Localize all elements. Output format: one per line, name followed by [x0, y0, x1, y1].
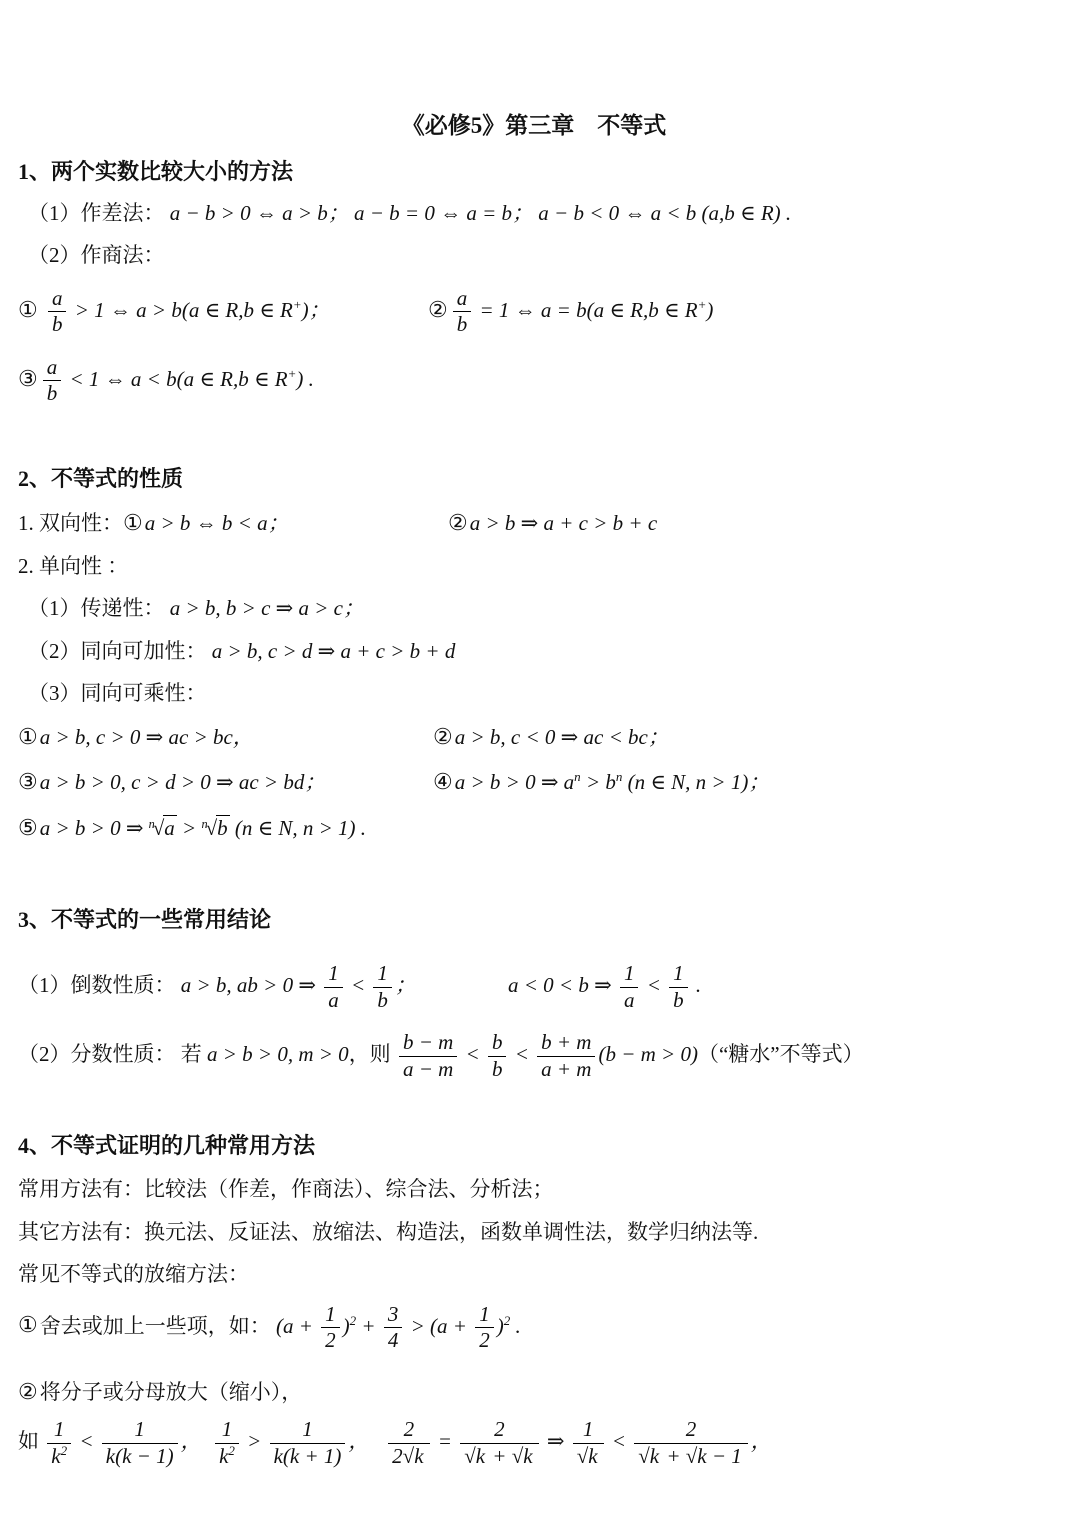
plain-text: （2）作商法： [28, 243, 165, 267]
math-text: a > b, c > d ⇒ a + c > b + d [207, 639, 456, 663]
formula-row-multiply-1-2: ①a > b, c > 0 ⇒ ac > bc， ②a > b, c < 0 ⇒… [18, 721, 1050, 753]
math-text: ， [751, 1429, 772, 1453]
radical-sign-icon: √ [577, 1444, 588, 1468]
math-text: < 1 ⇔ a < b(a ∈ R,b ∈ R [64, 367, 287, 391]
denominator: 4 [384, 1327, 403, 1354]
fraction: 2√k + √k [460, 1417, 538, 1469]
formula-line-quotient-method-label: （2）作商法： [18, 240, 1050, 270]
formula-row-multiply-3-4: ③a > b > 0, c > d > 0 ⇒ ac > bd； ④a > b … [18, 766, 1050, 798]
section-comparison-methods: 1、两个实数比较大小的方法 （1）作差法： a − b > 0 ⇔ a > b；… [18, 158, 1050, 421]
numerator: 1 [270, 1417, 346, 1443]
math-text: a > b, ab > 0 ⇒ [176, 973, 322, 997]
numerator: 1 [620, 961, 639, 987]
math-text: a > b > 0, c > d > 0 ⇒ ac > bd； [40, 770, 326, 794]
math-text: a > b > 0 ⇒ [40, 816, 149, 840]
formula-row-reciprocal: （1）倒数性质： a > b, ab > 0 ⇒ 1a < 1b； a < 0 … [18, 954, 1050, 1020]
math-text: a [457, 286, 468, 310]
formula-bidirectional-2: ②a > b ⇒ a + c > b + c [448, 507, 657, 539]
math-text: k [523, 1444, 532, 1468]
square-root: √k [638, 1443, 661, 1468]
square-root: √k [577, 1443, 600, 1468]
fraction: 1b [669, 961, 688, 1013]
plain-text: 常用方法有：比较法（作差，作商法）、综合法、分析法； [18, 1177, 554, 1201]
section-common-conclusions: 3、不等式的一些常用结论 （1）倒数性质： a > b, ab > 0 ⇒ 1a… [18, 906, 1050, 1096]
formula-reciprocal-1: （1）倒数性质： a > b, ab > 0 ⇒ 1a < 1b； [18, 961, 508, 1013]
math-text: b [492, 1030, 503, 1054]
math-text: ) [343, 1313, 350, 1337]
math-text: + [487, 1444, 512, 1468]
circled-number: ② [428, 297, 450, 322]
radical-sign-icon: √ [512, 1444, 523, 1468]
math-text: )； [302, 298, 330, 322]
math-text: 2 [325, 1328, 336, 1352]
formula-multiply-case-1: ①a > b, c > 0 ⇒ ac > bc， [18, 721, 433, 753]
plain-text: 将分子或分母放大（缩小）， [40, 1380, 303, 1404]
fraction: 34 [384, 1302, 403, 1354]
math-text: (n ∈ N, n > 1) . [230, 816, 366, 840]
formula-line-difference-method: （1）作差法： a − b > 0 ⇔ a > b； a − b = 0 ⇔ a… [18, 198, 1050, 228]
circled-number: ② [18, 1379, 40, 1404]
numerator: a [48, 286, 67, 312]
plain-text: （“糖水”不等式） [698, 1042, 864, 1066]
math-text: a > b ⇒ a + c > b + c [470, 511, 657, 535]
line-multiplicativity-label: （3）同向可乘性： [18, 678, 1050, 708]
numerator: 1 [321, 1302, 340, 1328]
denominator: k(k − 1) [102, 1443, 178, 1470]
radicand: b [216, 815, 230, 840]
formula-drop-or-add-terms: ①舍去或加上一些项，如： (a + 12)2 + 34 > (a + 12)2 … [18, 1302, 1050, 1368]
line-unidirectional-label: 2. 单向性 ： [18, 551, 1050, 581]
plain-text: ，则 [349, 1042, 396, 1066]
denominator: √k + √k [460, 1443, 538, 1470]
superscript: 2 [228, 1443, 235, 1458]
math-text: ； [395, 973, 416, 997]
numerator: a [43, 355, 62, 381]
math-text: + [661, 1444, 686, 1468]
superscript: + [293, 297, 302, 312]
math-text: = [433, 1429, 458, 1453]
formula-multiply-case-3: ③a > b > 0, c > d > 0 ⇒ ac > bd； [18, 766, 433, 798]
denominator: a + m [537, 1056, 595, 1083]
denominator: b [669, 987, 688, 1014]
formula-reciprocal-2: a < 0 < b ⇒ 1a < 1b . [508, 961, 701, 1013]
plain-text: 其它方法有：换元法、反证法、放缩法、构造法，函数单调性法，数学归纳法等. [18, 1220, 758, 1244]
fraction: 12 [475, 1302, 494, 1354]
plain-text: （1）传递性： [28, 596, 165, 620]
math-text: a [52, 286, 63, 310]
math-text: 1 [54, 1417, 65, 1441]
math-text: > [242, 1429, 267, 1453]
math-text: a < 0 < b ⇒ [508, 973, 617, 997]
square-root: √k − 1 [686, 1443, 744, 1468]
math-text: . [691, 973, 702, 997]
numerator: 2 [634, 1417, 748, 1443]
math-text: = 1 ⇔ a = b(a ∈ R,b ∈ R [474, 298, 697, 322]
circled-number: ④ [433, 769, 455, 794]
math-text: a > b > 0, m > 0 [207, 1042, 349, 1066]
formula-power-case-4: ④a > b > 0 ⇒ an > bn (n ∈ N, n > 1)； [433, 766, 769, 798]
radicand: k [475, 1443, 487, 1468]
square-root: √k [464, 1443, 487, 1468]
section-proof-methods: 4、不等式证明的几种常用方法 常用方法有：比较法（作差，作商法）、综合法、分析法… [18, 1132, 1050, 1483]
plain-text: （2）同向可加性： [28, 639, 207, 663]
math-text: 2 [686, 1417, 697, 1441]
denominator: a [620, 987, 639, 1014]
denominator: b [373, 987, 392, 1014]
plain-text: （3）同向可乘性： [28, 681, 207, 705]
math-text: 4 [388, 1328, 399, 1352]
numerator: 1 [475, 1302, 494, 1328]
radical-sign-icon: √ [638, 1444, 649, 1468]
radicand: k [413, 1443, 425, 1468]
math-text: a − m [403, 1057, 453, 1081]
math-text: b [52, 312, 63, 336]
radical-sign-icon: √ [153, 816, 164, 840]
math-text [40, 298, 45, 322]
circled-number: ② [433, 724, 455, 749]
math-text: < [607, 1429, 632, 1453]
plain-text: （1）作差法： [28, 201, 165, 225]
math-text: + [356, 1313, 381, 1337]
math-text: 1 [325, 1302, 336, 1326]
section-2-heading: 2、不等式的性质 [18, 465, 1050, 493]
numerator: 1 [102, 1417, 178, 1443]
formula-row-bidirectional: 1. 双向性：①a > b ⇔ b < a； ②a > b ⇒ a + c > … [18, 507, 1050, 539]
math-text: (a + [271, 1313, 318, 1337]
fraction: ab [453, 286, 472, 338]
numerator: 1 [373, 961, 392, 987]
fraction: 1k2 [215, 1417, 239, 1469]
math-text: a [164, 816, 175, 840]
math-text: 1 [624, 961, 635, 985]
plain-text: 舍去或加上一些项，如： [40, 1313, 271, 1337]
denominator: k(k + 1) [270, 1443, 346, 1470]
math-text: < [346, 973, 371, 997]
numerator: b [488, 1030, 507, 1056]
math-text: < [509, 1042, 534, 1066]
nth-root: n√b [201, 816, 229, 840]
line-common-methods: 常用方法有：比较法（作差，作商法）、综合法、分析法； [18, 1174, 1050, 1204]
formula-root-case-5: ⑤a > b > 0 ⇒ n√a > n√b (n ∈ N, n > 1) . [18, 812, 1050, 844]
document-page: 《必修5》第三章 不等式 1、两个实数比较大小的方法 （1）作差法： a − b… [0, 0, 1080, 1483]
formula-multiply-case-2: ②a > b, c < 0 ⇒ ac < bc； [433, 721, 669, 753]
math-text: b [457, 312, 468, 336]
line-enlarge-numerator-denominator: ②将分子或分母放大（缩小）， [18, 1376, 1050, 1408]
circled-number: ① [123, 510, 145, 535]
circled-number: ③ [18, 769, 40, 794]
fraction: ab [43, 355, 62, 407]
fraction: 12 [321, 1302, 340, 1354]
circled-number: ① [18, 724, 40, 749]
math-text: . [510, 1313, 521, 1337]
formula-quotient-case-1: ① ab > 1 ⇔ a > b(a ∈ R,b ∈ R+)； [18, 286, 428, 338]
math-text: b − m [403, 1030, 453, 1054]
math-text: 2 [494, 1417, 505, 1441]
fraction: bb [488, 1030, 507, 1082]
math-text: 2 [479, 1328, 490, 1352]
fraction: b + ma + m [537, 1030, 595, 1082]
circled-number: ② [448, 510, 470, 535]
formula-additivity: （2）同向可加性： a > b, c > d ⇒ a + c > b + d [18, 636, 1050, 666]
math-text: ， [181, 1429, 213, 1453]
math-text: ) . [296, 367, 314, 391]
math-text: < [460, 1042, 485, 1066]
math-text: a − b > 0 ⇔ a > b； a − b = 0 ⇔ a = b； a … [165, 201, 792, 225]
plain-text: 若 [176, 1042, 208, 1066]
denominator: a − m [399, 1056, 457, 1083]
denominator: √k + √k − 1 [634, 1443, 748, 1470]
plain-text: 2. 单向性 ： [18, 554, 128, 578]
fraction: ab [48, 286, 67, 338]
fraction: b − ma − m [399, 1030, 457, 1082]
radicand: k [587, 1443, 599, 1468]
math-text: k(k + 1) [274, 1444, 342, 1468]
math-text: b [47, 381, 58, 405]
radicand: k − 1 [696, 1443, 744, 1468]
circled-number: ③ [18, 366, 40, 391]
denominator: 2 [475, 1327, 494, 1354]
numerator: b + m [537, 1030, 595, 1056]
line-other-methods: 其它方法有：换元法、反证法、放缩法、构造法，函数单调性法，数学归纳法等. [18, 1217, 1050, 1247]
math-text: a [328, 988, 339, 1012]
math-text: 1 [222, 1417, 233, 1441]
numerator: a [453, 286, 472, 312]
formula-transitivity: （1）传递性： a > b, b > c ⇒ a > c； [18, 593, 1050, 623]
numerator: 1 [324, 961, 343, 987]
denominator: √k [573, 1443, 604, 1470]
plain-text: 1. 双向性： [18, 511, 123, 535]
denominator: k2 [215, 1443, 239, 1470]
math-text: 2 [404, 1417, 415, 1441]
math-text: 2 [392, 1444, 403, 1468]
document-title: 《必修5》第三章 不等式 [18, 112, 1050, 140]
math-text: 1 [302, 1417, 313, 1441]
plain-text: （1）倒数性质： [18, 973, 176, 997]
math-text: 1 [479, 1302, 490, 1326]
radicand: k [649, 1443, 661, 1468]
math-text: a [47, 355, 58, 379]
fraction: 1k(k + 1) [270, 1417, 346, 1469]
denominator: 2 [321, 1327, 340, 1354]
radicand: a [163, 815, 177, 840]
math-text: b [377, 988, 388, 1012]
section-3-heading: 3、不等式的一些常用结论 [18, 906, 1050, 934]
numerator: 2 [460, 1417, 538, 1443]
denominator: b [453, 311, 472, 338]
numerator: 2 [388, 1417, 429, 1443]
circled-number: ① [18, 1312, 40, 1337]
fraction: 1k2 [47, 1417, 71, 1469]
math-text: k(k − 1) [106, 1444, 174, 1468]
radicand: k [522, 1443, 534, 1468]
fraction: 22√k [388, 1417, 429, 1469]
math-text: 1 [583, 1417, 594, 1441]
fraction: 1a [620, 961, 639, 1013]
denominator: a [324, 987, 343, 1014]
math-text: a > b > 0 ⇒ a [455, 770, 574, 794]
denominator: 2√k [388, 1443, 429, 1470]
numerator: 1 [47, 1417, 71, 1443]
denominator: b [488, 1056, 507, 1083]
math-text: > b [581, 770, 616, 794]
math-text: k [414, 1444, 423, 1468]
formula-fraction-property: （2）分数性质： 若 a > b > 0, m > 0，则 b − ma − m… [18, 1030, 1050, 1096]
math-text: k − 1 [697, 1444, 742, 1468]
math-text: > (a + [405, 1313, 472, 1337]
math-text: b [673, 988, 684, 1012]
line-scaling-methods-label: 常见不等式的放缩方法： [18, 1259, 1050, 1289]
section-inequality-properties: 2、不等式的性质 1. 双向性：①a > b ⇔ b < a； ②a > b ⇒… [18, 465, 1050, 844]
math-text: 1 [673, 961, 684, 985]
math-text: (b − m > 0) [598, 1042, 698, 1066]
math-text: a > b, c < 0 ⇒ ac < bc； [455, 725, 669, 749]
math-text: < [74, 1429, 99, 1453]
superscript: 2 [61, 1443, 68, 1458]
math-text: (n ∈ N, n > 1)； [622, 770, 769, 794]
math-text: > [177, 816, 202, 840]
square-root: √k [512, 1443, 535, 1468]
plain-text: 如 [18, 1429, 44, 1453]
section-1-heading: 1、两个实数比较大小的方法 [18, 158, 1050, 186]
circled-number: ⑤ [18, 815, 40, 840]
math-text: a > b, b > c ⇒ a > c； [165, 596, 365, 620]
plain-text: （2）分数性质： [18, 1042, 176, 1066]
radical-sign-icon: √ [686, 1444, 697, 1468]
math-text: a [624, 988, 635, 1012]
math-text: a > b, c > 0 ⇒ ac > bc， [40, 725, 254, 749]
nth-root: n√a [149, 816, 177, 840]
math-text: ) [706, 298, 713, 322]
circled-number: ① [18, 297, 40, 322]
math-text: 3 [388, 1302, 399, 1326]
math-text: b [217, 816, 228, 840]
denominator: b [43, 380, 62, 407]
math-text: > 1 ⇔ a > b(a ∈ R,b ∈ R [69, 298, 292, 322]
math-text: 1 [377, 961, 388, 985]
numerator: 3 [384, 1302, 403, 1328]
radical-sign-icon: √ [403, 1444, 414, 1468]
math-text: b + m [541, 1030, 591, 1054]
numerator: 1 [573, 1417, 604, 1443]
math-text: 1 [328, 961, 339, 985]
fraction: 1a [324, 961, 343, 1013]
radical-sign-icon: √ [206, 816, 217, 840]
section-4-heading: 4、不等式证明的几种常用方法 [18, 1132, 1050, 1160]
formula-row-quotient-1-2: ① ab > 1 ⇔ a > b(a ∈ R,b ∈ R+)； ②ab = 1 … [18, 279, 1050, 345]
numerator: 1 [215, 1417, 239, 1443]
math-text: k [51, 1444, 60, 1468]
math-text: a + m [541, 1057, 591, 1081]
formula-bidirectional-1: 1. 双向性：①a > b ⇔ b < a； [18, 507, 448, 539]
math-text: < [641, 973, 666, 997]
math-text: ) [497, 1313, 504, 1337]
fraction: 2√k + √k − 1 [634, 1417, 748, 1469]
formula-scaling-examples: 如 1k2 < 1k(k − 1)， 1k2 > 1k(k + 1)， 22√k… [18, 1417, 1050, 1483]
numerator: b − m [399, 1030, 457, 1056]
math-text: k [476, 1444, 485, 1468]
denominator: k2 [47, 1443, 71, 1470]
math-text: k [650, 1444, 659, 1468]
math-text: 1 [134, 1417, 145, 1441]
formula-quotient-case-2: ②ab = 1 ⇔ a = b(a ∈ R,b ∈ R+) [428, 286, 713, 338]
formula-quotient-case-3: ③ab < 1 ⇔ a < b(a ∈ R,b ∈ R+) . [18, 355, 1050, 421]
math-text: k [219, 1444, 228, 1468]
fraction: 1b [373, 961, 392, 1013]
math-text: ， [348, 1429, 385, 1453]
math-text: b [492, 1057, 503, 1081]
plain-text: 常见不等式的放缩方法： [18, 1262, 249, 1286]
numerator: 1 [669, 961, 688, 987]
square-root: √k [403, 1443, 426, 1468]
fraction: 1√k [573, 1417, 604, 1469]
radical-sign-icon: √ [464, 1444, 475, 1468]
math-text: k [588, 1444, 597, 1468]
fraction: 1k(k − 1) [102, 1417, 178, 1469]
math-text: a > b ⇔ b < a； [145, 511, 289, 535]
math-text: ⇒ [542, 1429, 570, 1453]
denominator: b [48, 311, 67, 338]
